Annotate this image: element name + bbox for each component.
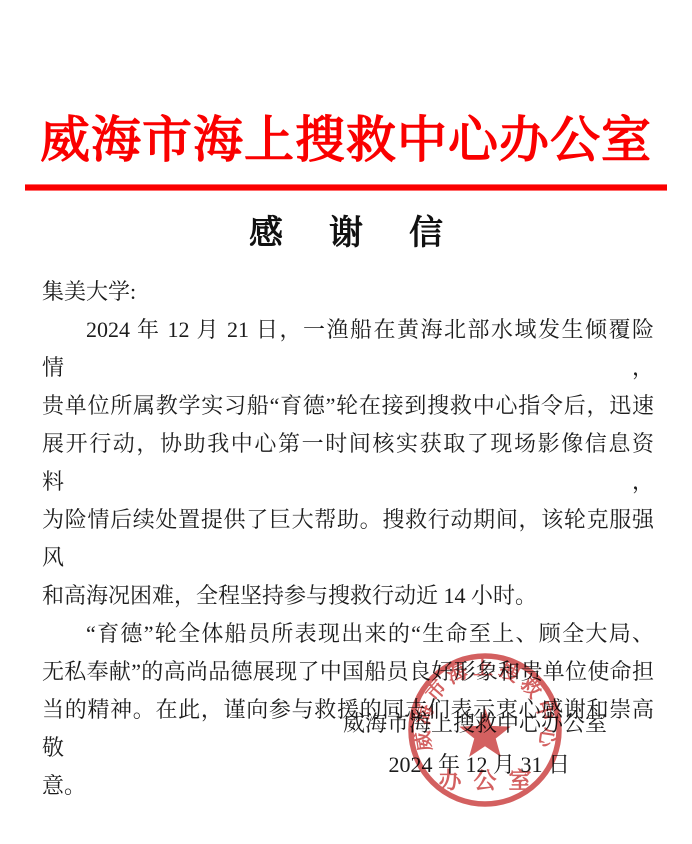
body-line: 2024 年 12 月 21 日，一渔船在黄海北部水域发生倾覆险情， [42,311,654,387]
signature-date: 2024 年 12 月 31 日 [388,750,570,780]
letterhead-divider [25,184,667,191]
signature-org: 威海市海上搜救中心办公室 [343,709,607,739]
recipient-salutation: 集美大学: [42,273,654,311]
body-line: 为险情后续处置提供了巨大帮助。搜救行动期间，该轮克服强风 [42,501,654,577]
body-line: “育德”轮全体船员所表现出来的“生命至上、顾全大局、 [42,615,654,653]
body-line: 和高海况困难，全程坚持参与搜救行动近 14 小时。 [42,577,654,615]
body-line: 展开行动，协助我中心第一时间核实获取了现场影像信息资料， [42,425,654,501]
letter-title: 感谢信 [0,205,692,254]
letterhead-title: 威海市海上搜救中心办公室 [0,100,692,172]
letter-page: 威海市海上搜救中心办公室 感谢信 集美大学: 2024 年 12 月 21 日，… [0,0,692,844]
body-line: 无私奉献”的高尚品德展现了中国船员良好形象和贵单位使命担 [42,653,654,691]
body-line: 贵单位所属教学实习船“育德”轮在接到搜救中心指令后，迅速 [42,387,654,425]
